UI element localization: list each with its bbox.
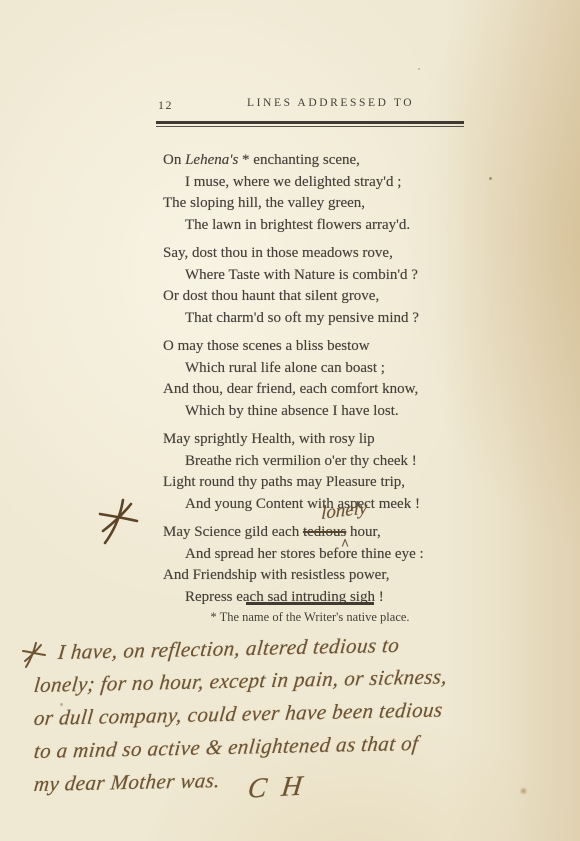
poem-line: Which rural life alone can boast ; <box>163 358 483 380</box>
poem-line: Where Taste with Nature is combin'd ? <box>163 265 483 287</box>
footnote-text: The name of the Writer's native place. <box>217 610 410 624</box>
header-rule-thick <box>156 121 464 124</box>
footnote-marker: * <box>238 152 253 168</box>
poem-line: Breathe rich vermilion o'er thy cheek ! <box>163 451 483 473</box>
insertion-caret: ^ <box>341 533 349 558</box>
line-text: May Science gild each <box>163 524 303 540</box>
poem-line: May sprightly Health, with rosy lip <box>163 429 483 451</box>
struck-word: tedious <box>303 524 346 540</box>
hand-asterisk-icon <box>98 498 140 551</box>
handwritten-initials: C H <box>246 770 308 805</box>
page-number: 12 <box>158 98 173 113</box>
paper-speck <box>489 177 492 180</box>
stanza-2: Say, dost thou in those meadows rove, Wh… <box>163 243 483 329</box>
running-title: LINES ADDRESSED TO <box>247 97 414 109</box>
poem-line: I muse, where we delighted stray'd ; <box>163 172 483 194</box>
poem-line: Light round thy paths may Pleasure trip, <box>163 472 483 494</box>
place-name-italic: Lehena's <box>185 152 238 168</box>
stanza-1: On Lehena's * enchanting scene, I muse, … <box>163 150 483 236</box>
poem-line: And spread her stores before thine eye : <box>163 544 483 566</box>
line-text: enchanting scene, <box>253 152 360 168</box>
stanza-3: O may those scenes a bliss bestow Which … <box>163 336 483 422</box>
poem: On Lehena's * enchanting scene, I muse, … <box>163 150 483 615</box>
poem-line: Repress each sad intruding sigh ! <box>163 587 483 609</box>
line-text: On <box>163 152 185 168</box>
header-rule-thin <box>156 126 464 127</box>
poem-line: The lawn in brightest flowers array'd. <box>163 215 483 237</box>
poem-line: Say, dost thou in those meadows rove, <box>163 243 483 265</box>
footnote-rule <box>246 602 374 605</box>
poem-line: Which by thine absence I have lost. <box>163 401 483 423</box>
poem-line: The sloping hill, the valley green, <box>163 193 483 215</box>
poem-line: And thou, dear friend, each comfort know… <box>163 379 483 401</box>
poem-line: O may those scenes a bliss bestow <box>163 336 483 358</box>
poem-line: On Lehena's * enchanting scene, <box>163 150 483 172</box>
paper-speck <box>418 68 420 70</box>
line-text: hour, <box>346 524 380 540</box>
stanza-5: May Science gild each tedious hour, lone… <box>163 522 483 608</box>
handwritten-inserted-word: lonely <box>321 497 367 524</box>
footnote: * The name of the Writer's native place. <box>155 610 465 625</box>
poem-line: Or dost thou haunt that silent grove, <box>163 286 483 308</box>
poem-line: And Friendship with resistless power, <box>163 565 483 587</box>
poem-line: That charm'd so oft my pensive mind ? <box>163 308 483 330</box>
poem-line-corrected: May Science gild each tedious hour, lone… <box>163 522 483 544</box>
header-rule <box>156 121 464 128</box>
